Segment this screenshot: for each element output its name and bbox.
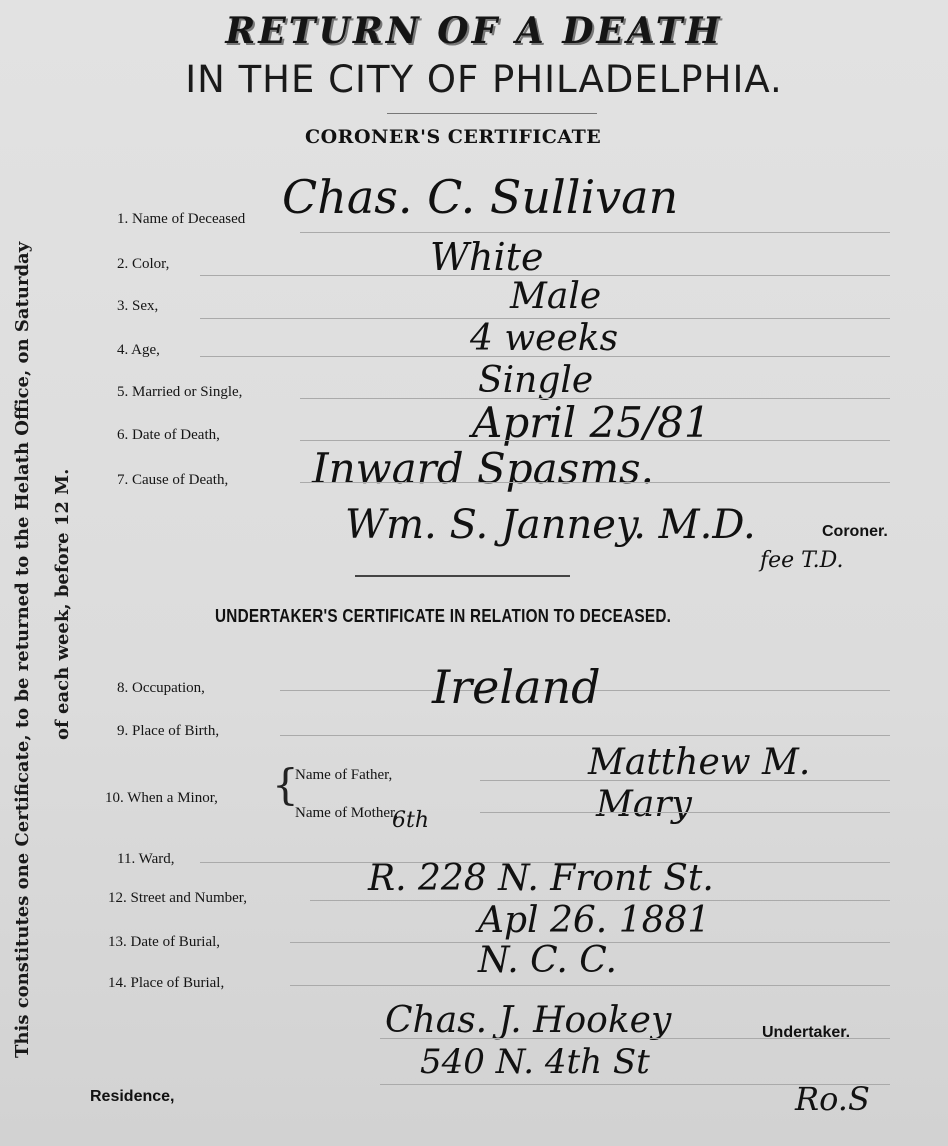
label-place-of-burial: 14. Place of Burial, — [108, 975, 224, 992]
field-line — [380, 1038, 890, 1039]
label-date-of-death: 6. Date of Death, — [117, 427, 220, 444]
death-certificate-page: RETURN OF A DEATH IN THE CITY OF PHILADE… — [0, 0, 948, 1146]
document-title: RETURN OF A DEATH — [0, 10, 948, 52]
residence-value: 540 N. 4th St — [420, 1042, 650, 1082]
label-occupation: 8. Occupation, — [117, 680, 205, 697]
field-line — [290, 985, 890, 986]
field-line — [480, 780, 890, 781]
coroner-section-heading: CORONER'S CERTIFICATE — [305, 126, 601, 148]
value-street-and-number: R. 228 N. Front St. — [368, 858, 714, 899]
value-cause-of-death: Inward Spasms. — [312, 444, 654, 493]
coroner-signature: Wm. S. Janney. M.D. — [345, 502, 756, 548]
label-name-of-father: Name of Father, — [295, 767, 392, 784]
field-line — [300, 440, 890, 441]
label-cause-of-death: 7. Cause of Death, — [117, 472, 228, 489]
undertaker-signature: Chas. J. Hookey — [385, 1000, 671, 1041]
coroner-title: Coroner. — [822, 523, 888, 541]
field-line — [200, 356, 890, 357]
field-line — [280, 735, 890, 736]
value-sex: Male — [510, 276, 601, 317]
field-line — [480, 812, 890, 813]
value-ward: 6th — [392, 808, 429, 833]
value-place-of-birth: Ireland — [432, 660, 601, 714]
side-note-line2: of each week, before 12 M. — [52, 469, 73, 740]
value-name-of-deceased: Chas. C. Sullivan — [282, 170, 678, 224]
value-color: White — [430, 235, 543, 279]
divider — [387, 113, 597, 114]
document-subtitle: IN THE CITY OF PHILADELPHIA. — [0, 58, 948, 101]
label-age: 4. Age, — [117, 342, 160, 359]
field-line — [300, 482, 890, 483]
side-note-line1: This constitutes one Certificate, to be … — [12, 242, 33, 1058]
label-married-or-single: 5. Married or Single, — [117, 384, 242, 401]
label-name-of-deceased: 1. Name of Deceased — [117, 211, 245, 228]
label-street-and-number: 12. Street and Number, — [108, 890, 247, 907]
label-name-of-mother: Name of Mother, — [295, 805, 398, 822]
undertaker-section-heading: UNDERTAKER'S CERTIFICATE IN RELATION TO … — [215, 606, 671, 627]
residence-label: Residence, — [90, 1088, 174, 1106]
value-place-of-burial: N. C. C. — [478, 940, 617, 981]
signature-line — [355, 575, 570, 577]
label-date-of-burial: 13. Date of Burial, — [108, 934, 220, 951]
label-place-of-birth: 9. Place of Birth, — [117, 723, 219, 740]
label-ward: 11. Ward, — [117, 851, 175, 868]
value-married-or-single: Single — [478, 360, 593, 401]
label-when-a-minor: 10. When a Minor, — [105, 790, 218, 807]
value-name-of-father: Matthew M. — [588, 742, 810, 783]
value-name-of-mother: Mary — [596, 784, 692, 825]
field-line — [300, 232, 890, 233]
undertaker-title: Undertaker. — [762, 1024, 850, 1042]
label-sex: 3. Sex, — [117, 298, 158, 315]
label-color: 2. Color, — [117, 256, 169, 273]
value-date-of-burial: Apl 26. 1881 — [478, 900, 710, 941]
residence-note: Ro.S — [795, 1080, 870, 1118]
coroner-fee-note: fee T.D. — [760, 548, 843, 573]
value-age: 4 weeks — [470, 318, 618, 359]
